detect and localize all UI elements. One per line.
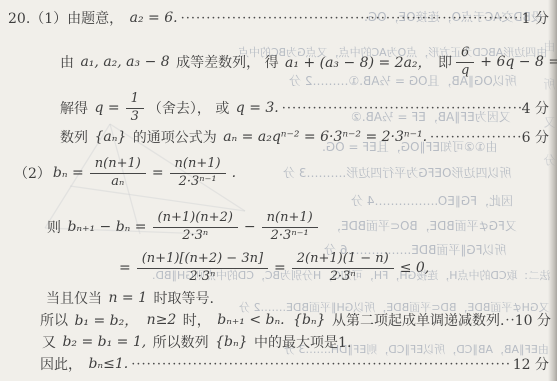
line10-text: 又 xyxy=(42,332,60,352)
line2-math: + 6q − 8 = 12. xyxy=(480,54,557,70)
dot-leader: ········································… xyxy=(505,313,513,328)
fraction-denominator: 2·3ⁿ xyxy=(189,269,215,284)
fraction: n(n+1) 2·3ⁿ⁻¹ xyxy=(262,211,318,243)
line7-math: = xyxy=(119,260,131,276)
fraction-numerator: 1 xyxy=(126,92,144,108)
fraction: (n+1)(n+2) 2·3ⁿ xyxy=(153,211,238,243)
solution-line-4: 数列 {aₙ} 的通项公式为 aₙ = a₂qⁿ⁻² = 6·3ⁿ⁻² = 2·… xyxy=(60,126,549,148)
solution-line-6: 则 bₙ₊₁ − bₙ = (n+1)(n+2) 2·3ⁿ − n(n+1) 2… xyxy=(47,204,322,250)
bleed-through-text: 所以四边形OEFG为平行四边形.………3 分 xyxy=(283,164,512,181)
score-marker-3: 4 分 xyxy=(522,98,549,118)
fraction-numerator: n(n+1) xyxy=(170,157,226,173)
line9-text: 从第二项起成单调递减数列. xyxy=(332,310,504,330)
solution-line-2: 由 a₁, a₂, a₃ − 8 成等差数列， 得 a₁ + (a₃ − 8) … xyxy=(60,38,557,86)
line4-text: 的通项公式为 xyxy=(128,127,221,147)
fraction: 6 q xyxy=(456,46,474,78)
line6-math: − xyxy=(244,219,256,235)
line1-math: a₂ = 6. xyxy=(130,10,178,26)
line10-text: 中的最大项是1. xyxy=(250,332,352,352)
line2-text: 成等差数列， 得 xyxy=(172,52,283,72)
line6-text: 则 xyxy=(47,217,65,237)
line9-text: 时， xyxy=(183,310,215,330)
line8-text: 当且仅当 xyxy=(46,288,106,308)
line10-math: b₂ = b₁ = 1, xyxy=(62,334,146,350)
solution-line-8: 当且仅当 n = 1 时取等号. xyxy=(46,288,214,308)
line8-text: 时取等号. xyxy=(149,288,214,308)
fraction-numerator: n(n+1) xyxy=(262,211,318,227)
fraction-denominator: 2·3ⁿ⁻¹ xyxy=(179,174,217,189)
fraction-numerator: n(n+1) xyxy=(90,157,146,173)
line3-math: q = 3. xyxy=(236,100,279,116)
line2-math: a₁, a₂, a₃ − 8 xyxy=(80,54,169,70)
solution-line-5: （2） bₙ = n(n+1) aₙ = n(n+1) 2·3ⁿ⁻¹ . xyxy=(14,150,238,196)
fraction-denominator: q xyxy=(461,63,469,78)
line3-text: （舍去）， 或 xyxy=(148,98,234,118)
fraction-denominator: aₙ xyxy=(111,174,124,189)
line9-math: bₙ₊₁ < bₙ. xyxy=(217,312,284,328)
score-marker-4: 6 分 xyxy=(522,127,549,147)
line4-text: 数列 xyxy=(60,127,92,147)
dot-leader: ········································… xyxy=(282,101,521,116)
bleed-through-text: 因此，FG∥EO.……………4 分 xyxy=(351,192,513,209)
fraction-numerator: (n+1)(n+2) xyxy=(153,211,238,227)
fraction-numerator: (n+1)[(n+2) − 3n] xyxy=(137,252,268,268)
line7-math: ≤ 0, xyxy=(400,260,430,276)
fraction-denominator: 2·3ⁿ xyxy=(330,269,356,284)
line9-math: n≥2 xyxy=(142,312,181,328)
line6-math: bₙ₊₁ − bₙ = xyxy=(67,219,146,235)
line11-text: 因此， xyxy=(40,354,86,374)
solution-line-10: 又 b₂ = b₁ = 1, 所以数列 {bₙ} 中的最大项是1. xyxy=(42,332,351,352)
line2-math: a₁ + (a₃ − 8) = 2a₂， xyxy=(285,52,432,72)
line2-text: 即 xyxy=(434,52,452,72)
line3-text: 解得 xyxy=(60,98,92,118)
dot-leader: ········································… xyxy=(181,11,521,26)
line4-math: {aₙ} xyxy=(94,129,126,145)
line1-text: 20.（1）由题意， xyxy=(8,8,128,28)
score-marker-9: 10 分 xyxy=(515,310,551,330)
solution-line-9: 所以 b₁ = b₂， n≥2 时， bₙ₊₁ < bₙ. {bₙ} 从第二项起… xyxy=(40,310,551,330)
fraction-numerator: 6 xyxy=(456,46,474,62)
score-marker-1: 1 分 xyxy=(522,8,549,28)
line9-text: 所以 xyxy=(40,310,72,330)
solution-line-11: 因此， bₙ≤1. ······························… xyxy=(40,354,549,374)
solution-line-3: 解得 q = 1 3 （舍去）， 或 q = 3. ··············… xyxy=(60,90,549,126)
fraction: n(n+1) 2·3ⁿ⁻¹ xyxy=(170,157,226,189)
line5-math: = xyxy=(152,165,164,181)
fraction-denominator: 3 xyxy=(131,109,139,124)
line8-math: n = 1 xyxy=(108,290,147,306)
line9-math: b₁ = b₂， xyxy=(74,310,138,330)
dot-leader: ········································… xyxy=(430,130,521,145)
fraction-numerator: 2(n+1)(1 − n) xyxy=(292,252,394,268)
solution-line-1: 20.（1）由题意， a₂ = 6. ·····················… xyxy=(8,8,549,28)
dot-leader: ········································… xyxy=(131,357,512,372)
fraction-denominator: 2·3ⁿ xyxy=(182,228,208,243)
fraction-denominator: 2·3ⁿ⁻¹ xyxy=(271,228,309,243)
line4-math: aₙ = a₂qⁿ⁻² = 6·3ⁿ⁻² = 2·3ⁿ⁻¹. xyxy=(223,129,427,145)
line2-text: 由 xyxy=(60,52,78,72)
line10-math: {bₙ} xyxy=(215,334,247,350)
score-marker-11: 12 分 xyxy=(513,354,549,374)
solution-line-7: = (n+1)[(n+2) − 3n] 2·3ⁿ = 2(n+1)(1 − n)… xyxy=(117,246,431,290)
bleed-through-text: 又FG⊄平面BDE，BO⊂平面BDE， xyxy=(329,217,517,234)
line9-math: {bₙ} xyxy=(289,312,330,328)
fraction: (n+1)[(n+2) − 3n] 2·3ⁿ xyxy=(137,252,268,284)
line7-math: = xyxy=(274,260,286,276)
line10-text: 所以数列 xyxy=(148,332,213,352)
line5-math: bₙ = xyxy=(53,165,84,181)
fraction: 1 3 xyxy=(126,92,144,124)
fraction: n(n+1) aₙ xyxy=(90,157,146,189)
line11-math: bₙ≤1. xyxy=(88,356,128,372)
line3-math: q = xyxy=(94,100,119,116)
scanned-solution-sheet: 设BD交AC于点O，连接OE，OG. 由四边形ABCD为正方形，点O为AC的中点… xyxy=(0,0,557,381)
line5-math: . xyxy=(232,165,236,181)
fraction: 2(n+1)(1 − n) 2·3ⁿ xyxy=(292,252,394,284)
line5-text: （2） xyxy=(14,163,51,183)
